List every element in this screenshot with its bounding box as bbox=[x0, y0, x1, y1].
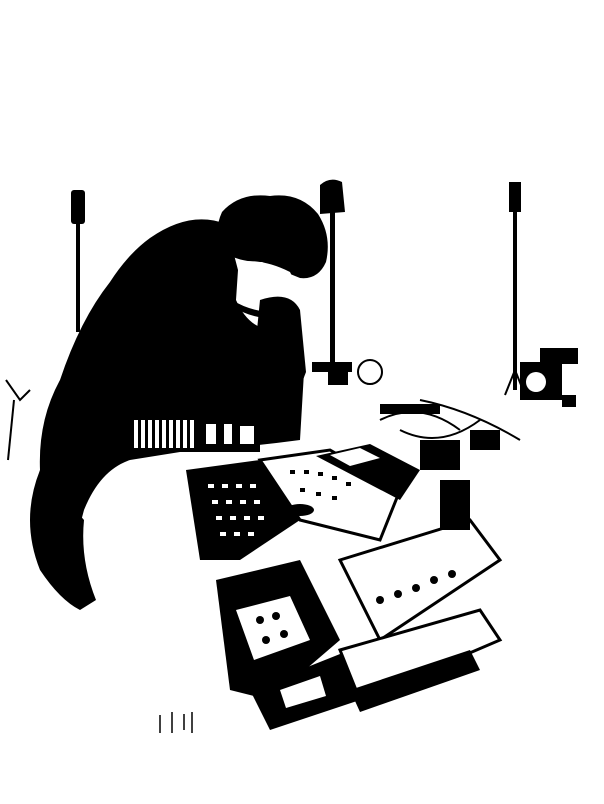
keyboard bbox=[130, 416, 260, 452]
lamp bbox=[358, 360, 382, 384]
photo bbox=[0, 0, 604, 804]
photo-canvas bbox=[0, 0, 604, 804]
